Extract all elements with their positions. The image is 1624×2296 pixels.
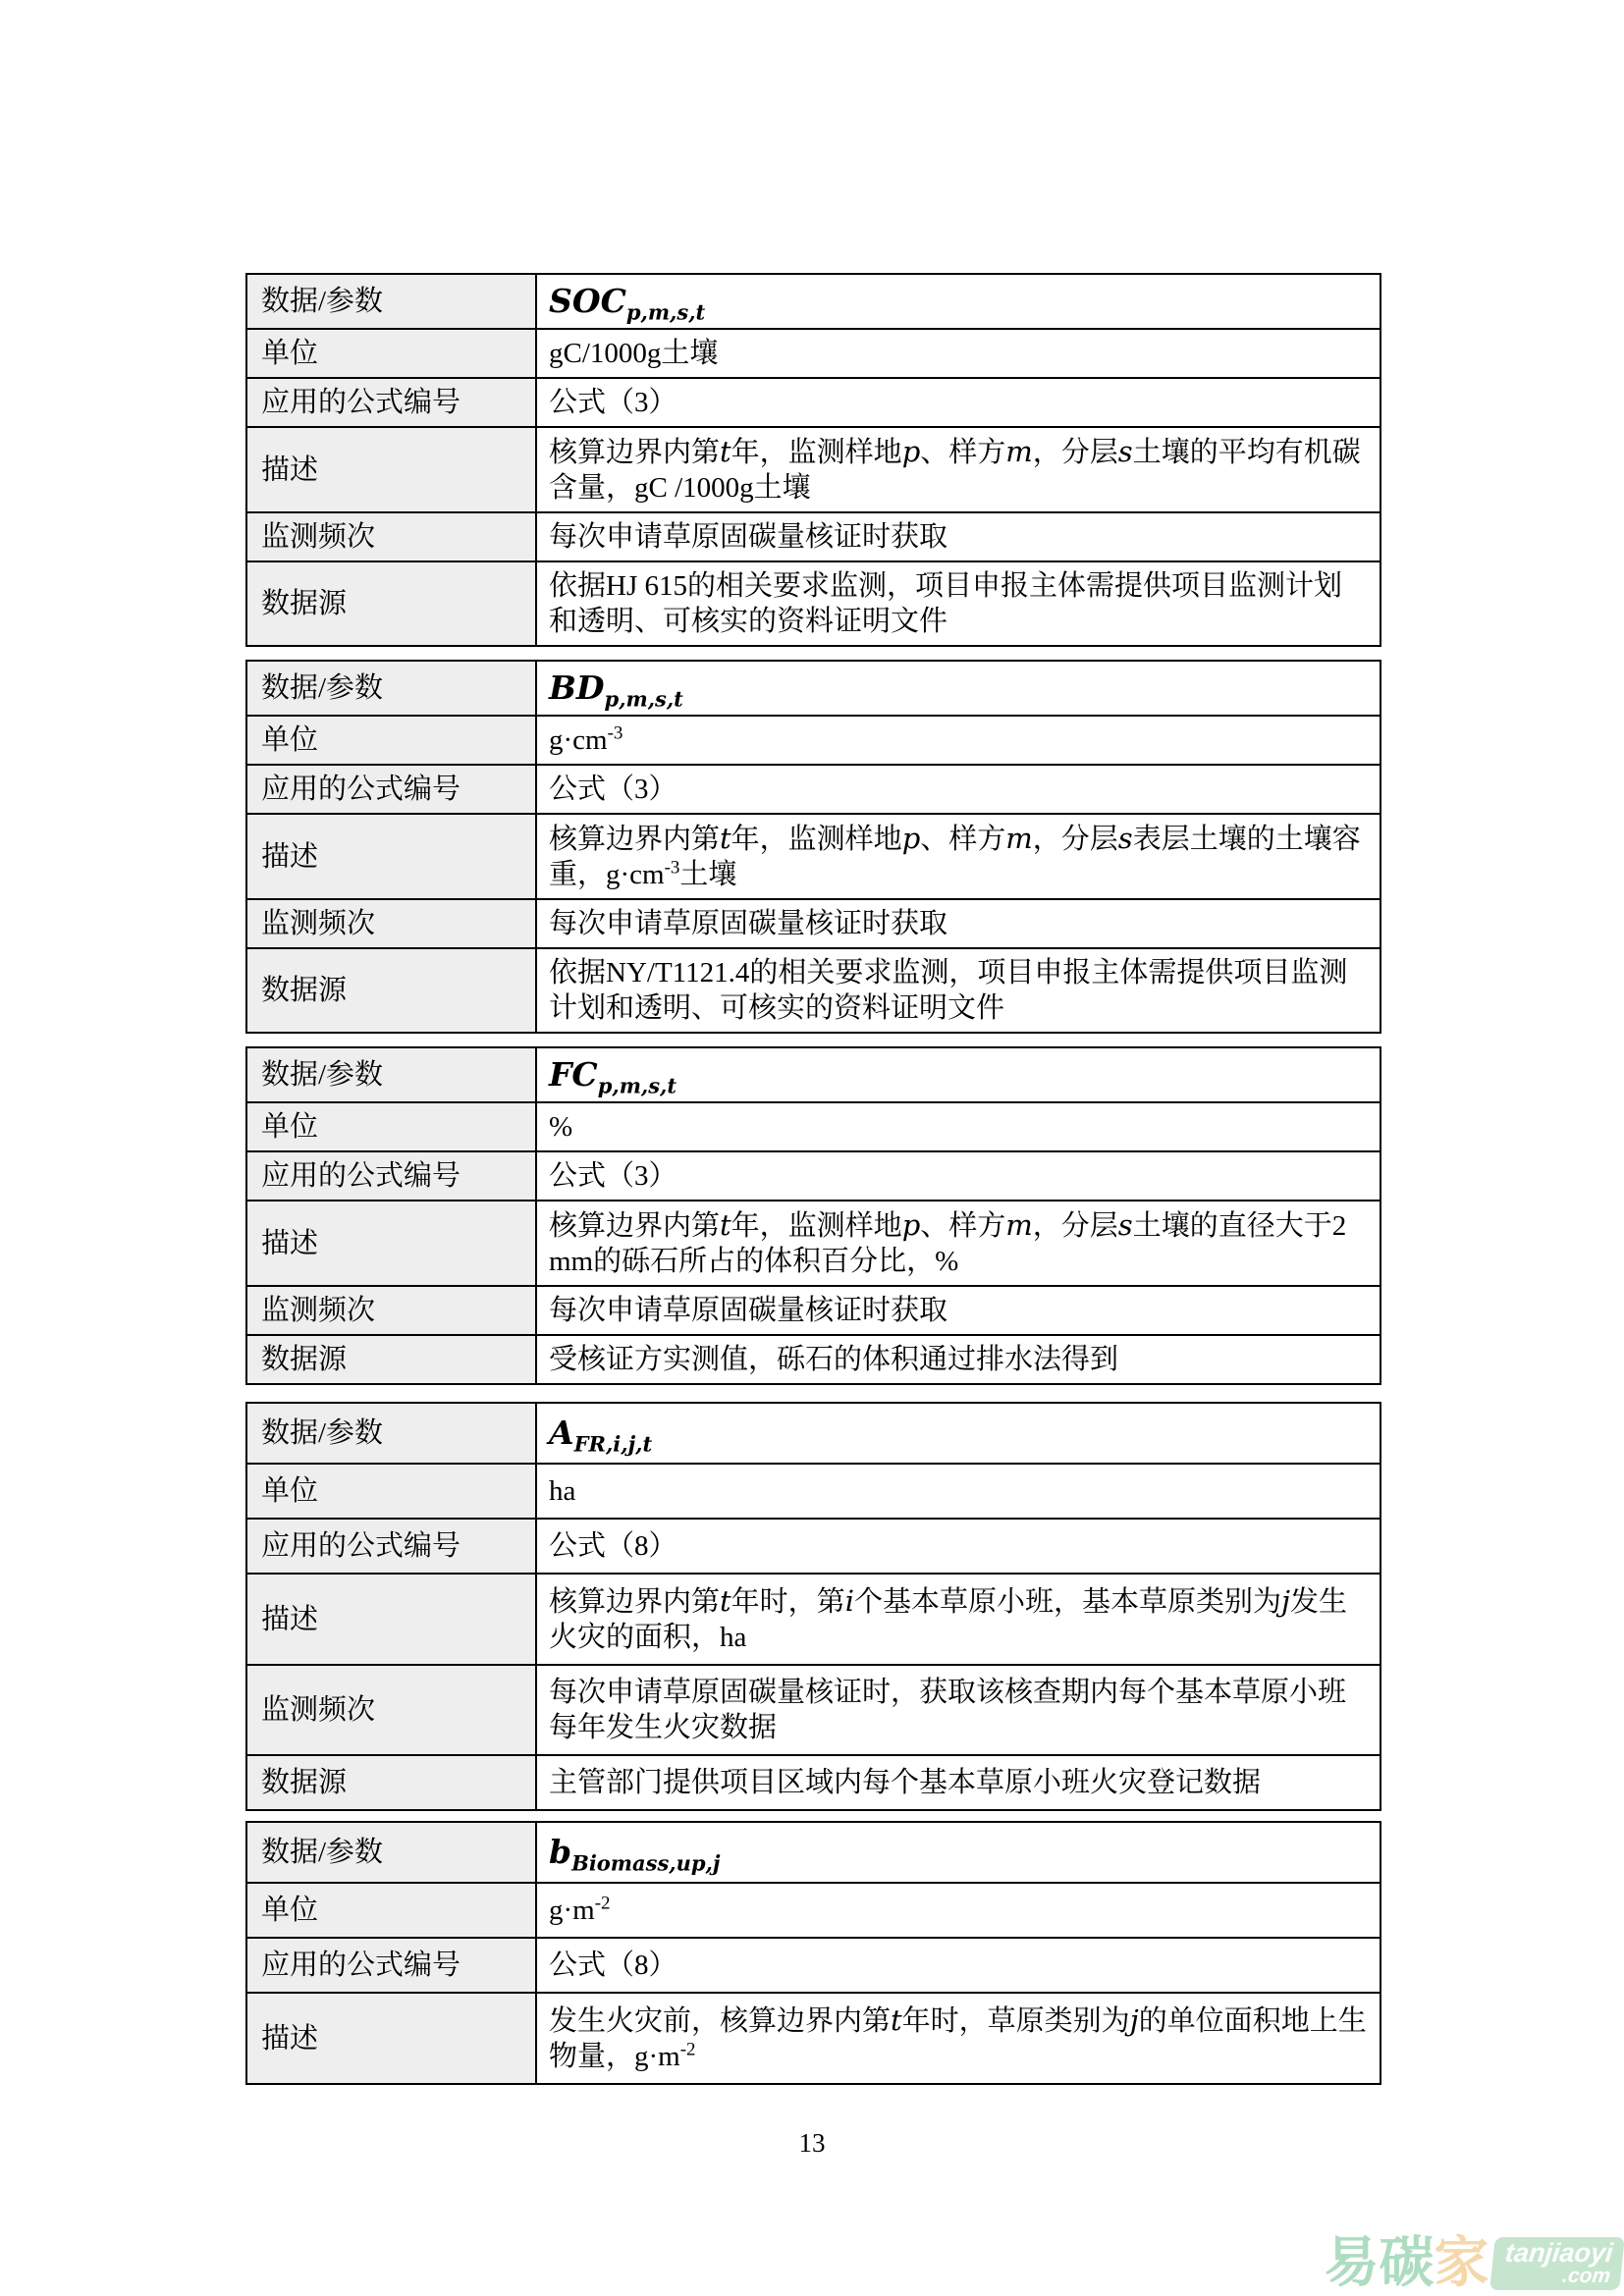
parameter-table-bd: 数据/参数 BDp,m,s,t 单位 g·cm-3 应用的公式编号 公式（3） … xyxy=(245,660,1381,1034)
row-label: 应用的公式编号 xyxy=(246,1519,536,1574)
parameter-table-biomass: 数据/参数 bBiomass,up,j 单位 g·m-2 应用的公式编号 公式（… xyxy=(245,1821,1381,2085)
row-value-parameter: BDp,m,s,t xyxy=(536,661,1380,716)
table-row: 数据源 依据HJ 615的相关要求监测，项目申报主体需提供项目监测计划和透明、可… xyxy=(246,561,1380,646)
row-label: 单位 xyxy=(246,716,536,765)
parameter-table-soc: 数据/参数 SOCp,m,s,t 单位 gC/1000g土壤 应用的公式编号 公… xyxy=(245,273,1381,647)
row-label: 监测频次 xyxy=(246,1286,536,1335)
row-label: 单位 xyxy=(246,329,536,378)
row-value-description: 核算边界内第t年，监测样地p、样方m，分层s表层土壤的土壤容重，g·cm-3土壤 xyxy=(536,814,1380,899)
table-row: 单位 ha xyxy=(246,1464,1380,1519)
row-label: 应用的公式编号 xyxy=(246,1151,536,1201)
table-row: 应用的公式编号 公式（8） xyxy=(246,1938,1380,1993)
row-label: 应用的公式编号 xyxy=(246,378,536,427)
table-row: 单位 g·cm-3 xyxy=(246,716,1380,765)
row-label: 数据/参数 xyxy=(246,1403,536,1464)
table-row: 单位 % xyxy=(246,1102,1380,1151)
row-label: 应用的公式编号 xyxy=(246,765,536,814)
table-row: 数据源 依据NY/T1121.4的相关要求监测，项目申报主体需提供项目监测计划和… xyxy=(246,948,1380,1033)
row-label: 监测频次 xyxy=(246,1665,536,1755)
row-label: 应用的公式编号 xyxy=(246,1938,536,1993)
parameter-table-fc: 数据/参数 FCp,m,s,t 单位 % 应用的公式编号 公式（3） 描述 核算… xyxy=(245,1046,1381,1385)
table-row: 描述 核算边界内第t年，监测样地p、样方m，分层s表层土壤的土壤容重，g·cm-… xyxy=(246,814,1380,899)
row-label: 数据/参数 xyxy=(246,274,536,329)
row-value-parameter: FCp,m,s,t xyxy=(536,1047,1380,1102)
row-value-frequency: 每次申请草原固碳量核证时获取 xyxy=(536,512,1380,561)
row-value-frequency: 每次申请草原固碳量核证时获取 xyxy=(536,899,1380,948)
table-row: 单位 gC/1000g土壤 xyxy=(246,329,1380,378)
watermark-badge-line2: .com xyxy=(1502,2267,1612,2286)
row-value-parameter: AFR,i,j,t xyxy=(536,1403,1380,1464)
table-row: 描述 核算边界内第t年时，第i个基本草原小班，基本草原类别为j发生火灾的面积，h… xyxy=(246,1574,1380,1665)
row-value-unit: g·m-2 xyxy=(536,1883,1380,1938)
row-value-unit: gC/1000g土壤 xyxy=(536,329,1380,378)
table-row: 数据/参数 AFR,i,j,t xyxy=(246,1403,1380,1464)
row-value-description: 核算边界内第t年时，第i个基本草原小班，基本草原类别为j发生火灾的面积，ha xyxy=(536,1574,1380,1665)
table-row: 单位 g·m-2 xyxy=(246,1883,1380,1938)
row-label: 描述 xyxy=(246,427,536,512)
table-row: 数据源 受核证方实测值，砾石的体积通过排水法得到 xyxy=(246,1335,1380,1384)
row-label: 单位 xyxy=(246,1883,536,1938)
row-value-description: 核算边界内第t年，监测样地p、样方m，分层s土壤的平均有机碳含量，gC /100… xyxy=(536,427,1380,512)
row-label: 描述 xyxy=(246,1201,536,1286)
table-row: 应用的公式编号 公式（3） xyxy=(246,765,1380,814)
table-row: 应用的公式编号 公式（3） xyxy=(246,378,1380,427)
table-row: 监测频次 每次申请草原固碳量核证时获取 xyxy=(246,512,1380,561)
row-value-source: 主管部门提供项目区域内每个基本草原小班火灾登记数据 xyxy=(536,1755,1380,1810)
document-page: { "page": { "number": "13" }, "tables": … xyxy=(0,0,1624,2296)
row-label: 数据/参数 xyxy=(246,661,536,716)
table-row: 描述 核算边界内第t年，监测样地p、样方m，分层s土壤的直径大于2mm的砾石所占… xyxy=(246,1201,1380,1286)
row-label: 数据源 xyxy=(246,948,536,1033)
row-label: 监测频次 xyxy=(246,512,536,561)
row-value-formula: 公式（3） xyxy=(536,378,1380,427)
row-label: 描述 xyxy=(246,1574,536,1665)
table-row: 数据/参数 bBiomass,up,j xyxy=(246,1822,1380,1883)
table-row: 描述 核算边界内第t年，监测样地p、样方m，分层s土壤的平均有机碳含量，gC /… xyxy=(246,427,1380,512)
row-value-source: 依据HJ 615的相关要求监测，项目申报主体需提供项目监测计划和透明、可核实的资… xyxy=(536,561,1380,646)
watermark: 易碳家 tanjiaoyi .com xyxy=(1324,2231,1622,2294)
row-value-formula: 公式（8） xyxy=(536,1519,1380,1574)
row-value-frequency: 每次申请草原固碳量核证时获取 xyxy=(536,1286,1380,1335)
table-row: 数据源 主管部门提供项目区域内每个基本草原小班火灾登记数据 xyxy=(246,1755,1380,1810)
table-row: 监测频次 每次申请草原固碳量核证时获取 xyxy=(246,1286,1380,1335)
table-row: 数据/参数 FCp,m,s,t xyxy=(246,1047,1380,1102)
row-label: 数据/参数 xyxy=(246,1047,536,1102)
row-label: 数据源 xyxy=(246,561,536,646)
parameter-table-afr: 数据/参数 AFR,i,j,t 单位 ha 应用的公式编号 公式（8） 描述 核… xyxy=(245,1402,1381,1811)
row-label: 单位 xyxy=(246,1464,536,1519)
row-label: 单位 xyxy=(246,1102,536,1151)
row-value-parameter: bBiomass,up,j xyxy=(536,1822,1380,1883)
table-row: 应用的公式编号 公式（8） xyxy=(246,1519,1380,1574)
row-label: 监测频次 xyxy=(246,899,536,948)
row-value-description: 发生火灾前，核算边界内第t年时，草原类别为j的单位面积地上生物量，g·m-2 xyxy=(536,1993,1380,2084)
row-value-parameter: SOCp,m,s,t xyxy=(536,274,1380,329)
row-label: 数据源 xyxy=(246,1335,536,1384)
watermark-badge-line1: tanjiaoyi xyxy=(1504,2239,1614,2267)
row-value-frequency: 每次申请草原固碳量核证时，获取该核查期内每个基本草原小班每年发生火灾数据 xyxy=(536,1665,1380,1755)
table-row: 应用的公式编号 公式（3） xyxy=(246,1151,1380,1201)
row-value-formula: 公式（3） xyxy=(536,1151,1380,1201)
row-label: 描述 xyxy=(246,814,536,899)
watermark-badge: tanjiaoyi .com xyxy=(1490,2237,1624,2290)
row-label: 数据/参数 xyxy=(246,1822,536,1883)
row-label: 数据源 xyxy=(246,1755,536,1810)
row-value-description: 核算边界内第t年，监测样地p、样方m，分层s土壤的直径大于2mm的砾石所占的体积… xyxy=(536,1201,1380,1286)
table-row: 监测频次 每次申请草原固碳量核证时，获取该核查期内每个基本草原小班每年发生火灾数… xyxy=(246,1665,1380,1755)
row-value-unit: g·cm-3 xyxy=(536,716,1380,765)
row-value-source: 依据NY/T1121.4的相关要求监测，项目申报主体需提供项目监测计划和透明、可… xyxy=(536,948,1380,1033)
page-number: 13 xyxy=(0,2128,1624,2159)
table-row: 监测频次 每次申请草原固碳量核证时获取 xyxy=(246,899,1380,948)
row-value-unit: ha xyxy=(536,1464,1380,1519)
table-row: 数据/参数 SOCp,m,s,t xyxy=(246,274,1380,329)
watermark-brand-orange: 家 xyxy=(1434,2231,1489,2294)
row-value-formula: 公式（8） xyxy=(536,1938,1380,1993)
table-row: 数据/参数 BDp,m,s,t xyxy=(246,661,1380,716)
row-value-formula: 公式（3） xyxy=(536,765,1380,814)
table-row: 描述 发生火灾前，核算边界内第t年时，草原类别为j的单位面积地上生物量，g·m-… xyxy=(246,1993,1380,2084)
watermark-brand-green: 易碳 xyxy=(1324,2231,1434,2294)
row-label: 描述 xyxy=(246,1993,536,2084)
row-value-unit: % xyxy=(536,1102,1380,1151)
row-value-source: 受核证方实测值，砾石的体积通过排水法得到 xyxy=(536,1335,1380,1384)
